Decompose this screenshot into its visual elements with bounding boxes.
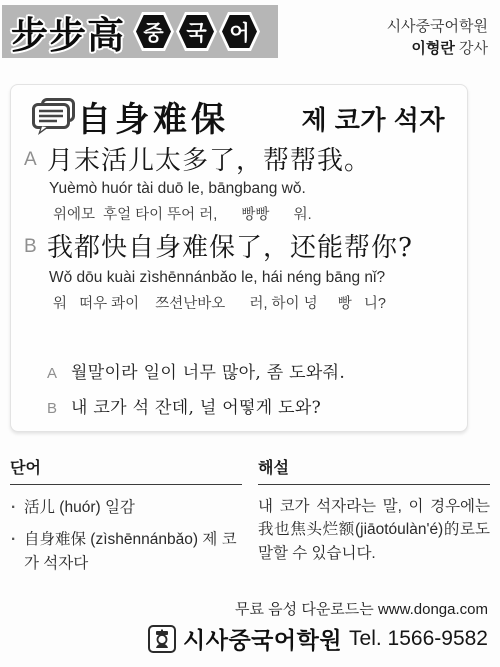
vocab-heading: 단어 <box>10 455 242 485</box>
chinese-sentence-a: 月末活儿太多了，帮帮我。 <box>47 140 371 177</box>
badge-char: 국 <box>179 15 214 48</box>
vocab-section: 단어 活儿 (huór) 일감 自身难保 (zìshēnnánbǎo) 제 코가… <box>10 455 242 584</box>
instructor-role: 강사 <box>455 40 488 57</box>
audio-download-note: 무료 음성 다운로드는 www.donga.com <box>235 598 488 619</box>
pinyin-a: Yuèmò huór tài duō le, bāngbang wǒ. <box>49 180 306 198</box>
korean-pronunciation-b: 워 떠우 콰이 쯔션난바오 러, 하이 넝 빵 니? <box>53 292 386 313</box>
chinese-sentence-b: 我都快自身难保了，还能帮你? <box>47 227 413 264</box>
vocab-item: 自身难保 (zìshēnnánbǎo) 제 코가 석자다 <box>10 528 242 575</box>
translation-b-label: B <box>47 400 71 417</box>
speaker-b-label: B <box>24 236 37 258</box>
translation-a-label: A <box>47 365 71 382</box>
footer-brand-row: 시사중국어학원 Tel. 1566-9582 <box>148 622 488 655</box>
lesson-card: 自身难保 제 코가 석자 A 月末活儿太多了，帮帮我。 Yuèmò huór t… <box>10 84 468 432</box>
vocab-list: 活儿 (huór) 일감 自身难保 (zìshēnnánbǎo) 제 코가 석자… <box>10 496 242 575</box>
vocab-item: 活儿 (huór) 일감 <box>10 496 242 519</box>
lesson-title-korean: 제 코가 석자 <box>301 100 445 137</box>
lesson-title-chinese: 自身难保 <box>77 92 229 141</box>
hexagon-badge: 어 <box>219 12 260 51</box>
speech-bubbles-icon <box>31 97 77 144</box>
brand-korean-badges: 중 국 어 <box>133 12 260 51</box>
instructor-name: 이형란 <box>411 40 454 57</box>
footer-telephone: Tel. 1566-9582 <box>349 627 488 651</box>
translation-b-text: 내 코가 석 잔데, 널 어떻게 도와? <box>71 393 321 418</box>
badge-char: 중 <box>136 15 171 48</box>
pinyin-b: Wǒ dōu kuài zìshēnnánbǎo le, hái néng bā… <box>49 269 385 287</box>
instructor-line: 이형란 강사 <box>387 38 488 60</box>
explanation-heading: 해설 <box>258 455 490 485</box>
badge-char: 어 <box>222 15 257 48</box>
korean-pronunciation-a: 위에모 후얼 타이 뚜어 러, 빵빵 워. <box>53 203 312 224</box>
byline: 시사중국어학원 이형란 강사 <box>387 16 488 60</box>
footer-academy-name: 시사중국어학원 <box>183 622 342 655</box>
translation-row-b: B 내 코가 석 잔데, 널 어떻게 도와? <box>47 393 321 418</box>
hexagon-badge: 국 <box>176 12 217 51</box>
academy-name: 시사중국어학원 <box>387 16 488 38</box>
translation-a-text: 월말이라 일이 너무 많아, 좀 도와줘. <box>71 358 345 383</box>
explanation-section: 해설 내 코가 석자라는 말, 이 경우에는 我也焦头烂额(jiāotóulàn… <box>258 455 490 565</box>
brand-chinese-title: 步步高 <box>11 5 125 59</box>
explanation-text: 내 코가 석자라는 말, 이 경우에는 我也焦头烂额(jiāotóulàn'é)… <box>258 495 490 565</box>
brand-banner: 步步高 중 국 어 <box>2 5 278 58</box>
speaker-a-label: A <box>24 149 37 171</box>
academy-logo-icon <box>148 625 176 653</box>
hexagon-badge: 중 <box>133 12 174 51</box>
translation-row-a: A 월말이라 일이 너무 많아, 좀 도와줘. <box>47 358 345 383</box>
